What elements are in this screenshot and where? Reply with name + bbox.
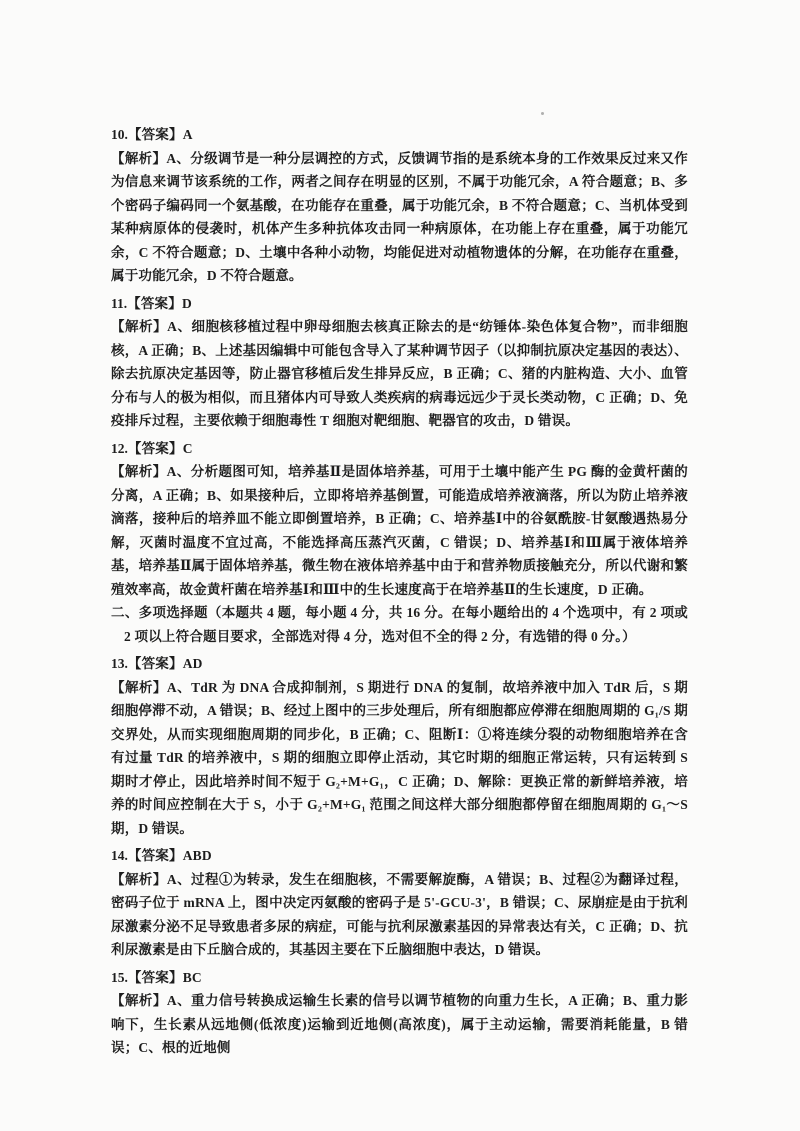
question-block-12: 12.【答案】C 【解析】A、分析题图可知，培养基Ⅱ是固体培养基，可用于土壤中能… <box>111 437 688 602</box>
answer-value: ABD <box>183 848 212 863</box>
analysis-text: A、分级调节是一种分层调控的方式，反馈调节指的是系统本身的工作效果反过来又作为信… <box>111 151 688 284</box>
analysis-text: A、分析题图可知，培养基Ⅱ是固体培养基，可用于土壤中能产生 PG 酶的金黄杆菌的… <box>111 464 688 597</box>
answer-label: 【答案】 <box>128 656 183 671</box>
answer-line: 10.【答案】A <box>111 123 688 147</box>
answer-label: 【答案】 <box>128 970 183 985</box>
answer-line: 12.【答案】C <box>111 437 688 461</box>
analysis-label: 【解析】 <box>111 680 167 695</box>
analysis-paragraph: 【解析】A、TdR 为 DNA 合成抑制剂，S 期进行 DNA 的复制，故培养液… <box>111 676 688 841</box>
answer-line: 14.【答案】ABD <box>111 844 688 868</box>
analysis-paragraph: 【解析】A、分级调节是一种分层调控的方式，反馈调节指的是系统本身的工作效果反过来… <box>111 147 688 288</box>
answer-value: A <box>183 127 193 142</box>
analysis-text: A、细胞核移植过程中卵母细胞去核真正除去的是“纺锤体-染色体复合物”，而非细胞核… <box>111 319 688 428</box>
analysis-paragraph: 【解析】A、细胞核移植过程中卵母细胞去核真正除去的是“纺锤体-染色体复合物”，而… <box>111 315 688 433</box>
answer-line: 15.【答案】BC <box>111 966 688 990</box>
analysis-label: 【解析】 <box>111 872 167 887</box>
section-2-header-text: 二、多项选择题（本题共 4 题，每小题 4 分，共 16 分。在每小题给出的 4… <box>111 605 688 644</box>
answer-key-page: 10.【答案】A 【解析】A、分级调节是一种分层调控的方式，反馈调节指的是系统本… <box>111 123 688 1060</box>
question-block-13: 13.【答案】AD 【解析】A、TdR 为 DNA 合成抑制剂，S 期进行 DN… <box>111 652 688 840</box>
question-block-15: 15.【答案】BC 【解析】A、重力信号转换成运输生长素的信号以调节植物的向重力… <box>111 966 688 1060</box>
question-number: 14. <box>111 848 128 863</box>
analysis-text: A、过程①为转录，发生在细胞核，不需要解旋酶，A 错误；B、过程②为翻译过程，密… <box>111 872 688 958</box>
analysis-label: 【解析】 <box>111 464 167 479</box>
answer-label: 【答案】 <box>128 848 183 863</box>
analysis-paragraph: 【解析】A、分析题图可知，培养基Ⅱ是固体培养基，可用于土壤中能产生 PG 酶的金… <box>111 460 688 601</box>
answer-line: 13.【答案】AD <box>111 652 688 676</box>
analysis-paragraph: 【解析】A、过程①为转录，发生在细胞核，不需要解旋酶，A 错误；B、过程②为翻译… <box>111 868 688 962</box>
question-number: 11. <box>111 296 127 311</box>
analysis-paragraph: 【解析】A、重力信号转换成运输生长素的信号以调节植物的向重力生长，A 正确；B、… <box>111 989 688 1060</box>
answer-value: D <box>182 296 192 311</box>
analysis-label: 【解析】 <box>111 151 166 166</box>
section-2-header: 二、多项选择题（本题共 4 题，每小题 4 分，共 16 分。在每小题给出的 4… <box>111 601 688 648</box>
question-block-14: 14.【答案】ABD 【解析】A、过程①为转录，发生在细胞核，不需要解旋酶，A … <box>111 844 688 962</box>
analysis-text: A、重力信号转换成运输生长素的信号以调节植物的向重力生长，A 正确；B、重力影响… <box>111 993 688 1055</box>
scan-artifact-dot <box>541 112 544 115</box>
analysis-label: 【解析】 <box>111 319 167 334</box>
answer-value: BC <box>183 970 202 985</box>
answer-label: 【答案】 <box>128 441 183 456</box>
answer-value: C <box>183 441 193 456</box>
question-number: 10. <box>111 127 128 142</box>
question-number: 12. <box>111 441 128 456</box>
answer-label: 【答案】 <box>128 127 183 142</box>
analysis-text: A、TdR 为 DNA 合成抑制剂，S 期进行 DNA 的复制，故培养液中加入 … <box>111 680 688 836</box>
analysis-label: 【解析】 <box>111 993 167 1008</box>
question-number: 13. <box>111 656 128 671</box>
answer-value: AD <box>183 656 203 671</box>
answer-label: 【答案】 <box>127 296 182 311</box>
answer-line: 11.【答案】D <box>111 292 688 316</box>
question-number: 15. <box>111 970 128 985</box>
question-block-11: 11.【答案】D 【解析】A、细胞核移植过程中卵母细胞去核真正除去的是“纺锤体-… <box>111 292 688 433</box>
question-block-10: 10.【答案】A 【解析】A、分级调节是一种分层调控的方式，反馈调节指的是系统本… <box>111 123 688 288</box>
